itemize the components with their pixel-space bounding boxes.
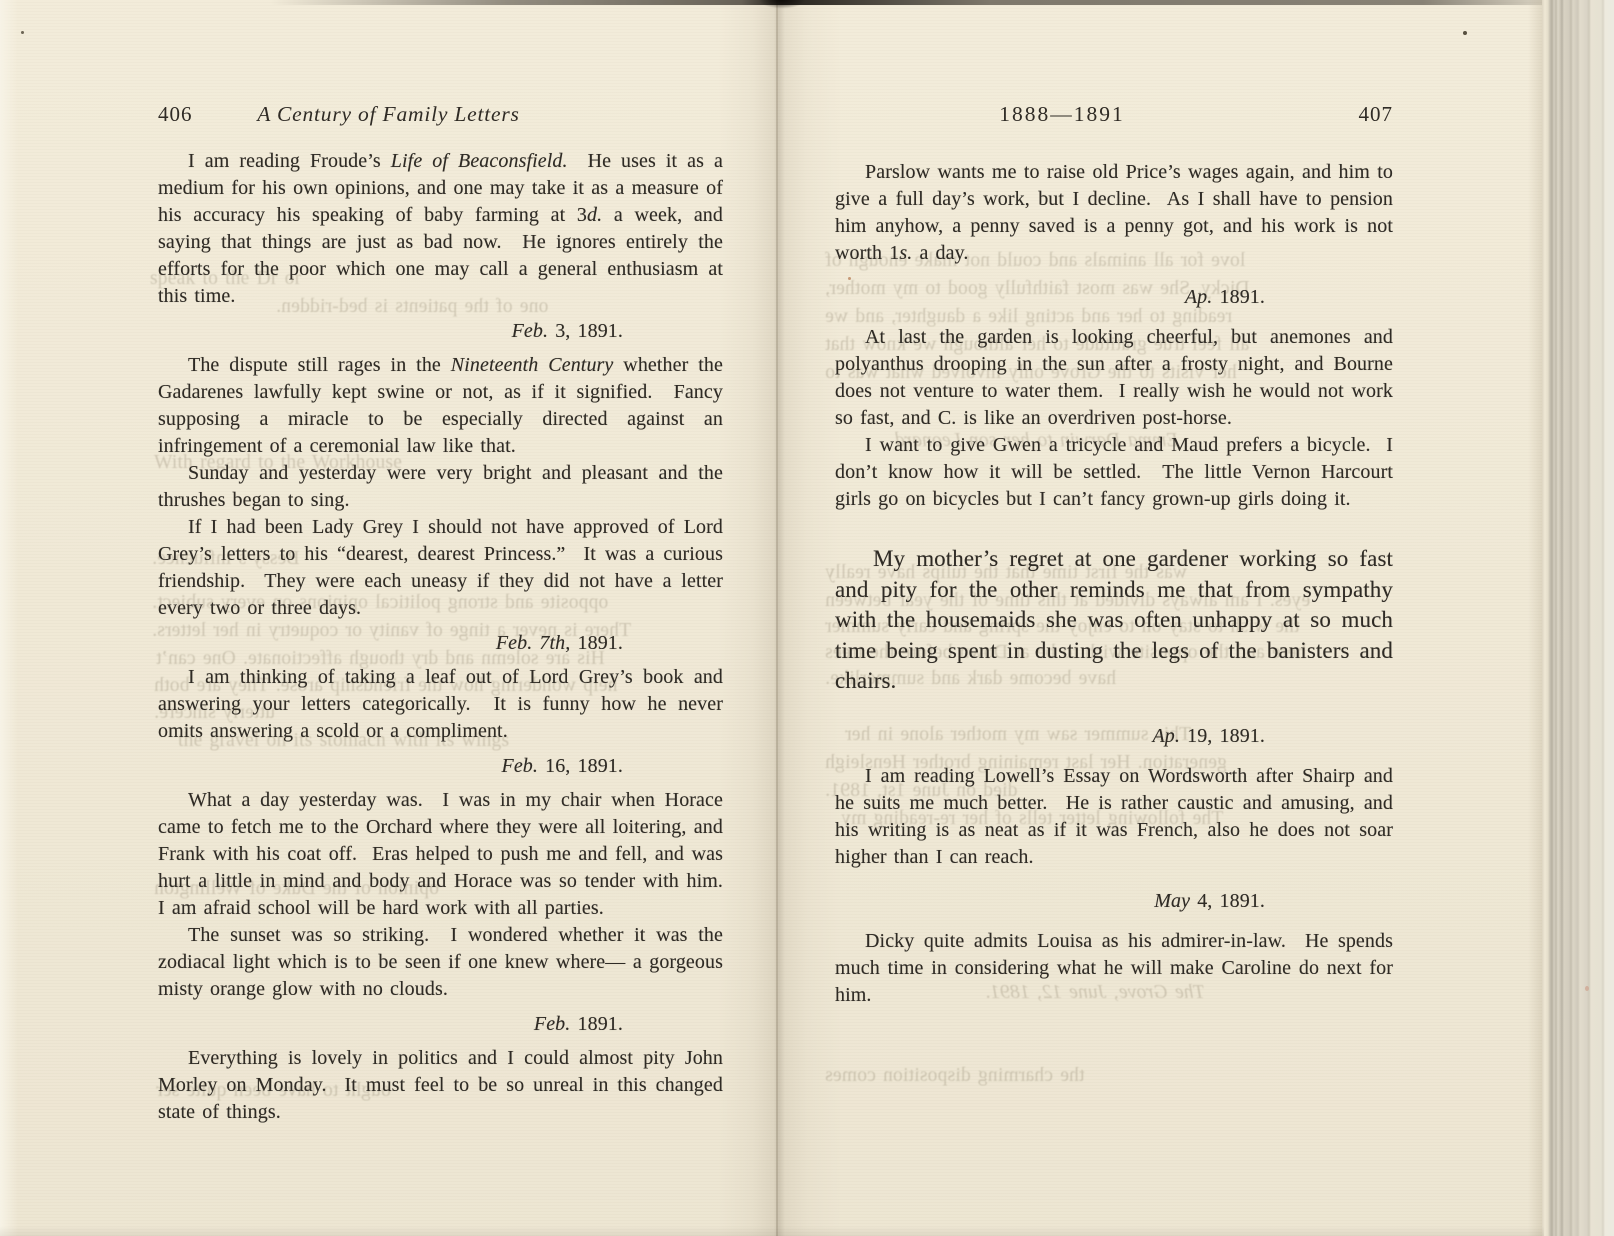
date-line: Ap. 1891. [835, 284, 1393, 311]
running-head-right: 1888—1891 [853, 100, 1271, 128]
fore-edge-page-stack [1542, 0, 1614, 1236]
letter-paragraph: The sunset was so striking. I wondered w… [158, 922, 723, 1003]
letter-paragraph: If I had been Lady Grey I should not hav… [158, 514, 723, 622]
letter-paragraph: Dicky quite admits Louisa as his admirer… [835, 928, 1393, 1009]
letter-paragraph: Sunday and yesterday were very bright an… [158, 460, 723, 514]
letter-paragraph: I am reading Froude’s Life of Beaconsfie… [158, 148, 723, 310]
date-line: Feb. 1891. [158, 1011, 723, 1038]
showthrough-text: the charming disposition comes [825, 1065, 1085, 1087]
letter-paragraph: I am thinking of taking a leaf out of Lo… [158, 664, 723, 745]
letter-paragraph: What a day yesterday was. I was in my ch… [158, 787, 723, 922]
date-line: Feb. 7th, 1891. [158, 630, 723, 657]
dust-speck [21, 31, 24, 34]
letter-paragraph: I want to give Gwen a tricycle and Maud … [835, 432, 1393, 513]
date-line: Ap. 19, 1891. [835, 723, 1393, 750]
letter-paragraph: Everything is lovely in politics and I c… [158, 1045, 723, 1126]
dust-speck [1585, 986, 1589, 991]
date-line: Feb. 16, 1891. [158, 753, 723, 780]
book-gutter-fold [718, 0, 842, 1236]
page-number-right: 407 [1323, 100, 1393, 128]
page-left: speak to the Dr orone of the patients is… [158, 100, 723, 1230]
editorial-note: My mother’s regret at one gardener worki… [835, 544, 1393, 697]
letter-paragraph: Parslow wants me to raise old Price’s wa… [835, 159, 1393, 267]
page-body-left: I am reading Froude’s Life of Beaconsfie… [158, 148, 723, 1126]
running-head-left: A Century of Family Letters [176, 100, 601, 128]
date-line: Feb. 3, 1891. [158, 318, 723, 345]
letter-paragraph: I am reading Lowell’s Essay on Wordswort… [835, 763, 1393, 871]
page-body-right: Parslow wants me to raise old Price’s wa… [835, 159, 1393, 1009]
page-header-right: 1888—1891 407 [835, 100, 1393, 128]
page-right: love for all animals and could not make … [835, 100, 1393, 1230]
book-spread-scan: speak to the Dr orone of the patients is… [0, 0, 1614, 1236]
date-line: May 4, 1891. [835, 888, 1393, 915]
dust-speck [1463, 31, 1467, 35]
page-header-left: 406 A Century of Family Letters [158, 100, 723, 128]
letter-paragraph: At last the garden is looking cheerful, … [835, 324, 1393, 432]
top-edge-shadow [270, 0, 1580, 5]
letter-paragraph: The dispute still rages in the Nineteent… [158, 352, 723, 460]
